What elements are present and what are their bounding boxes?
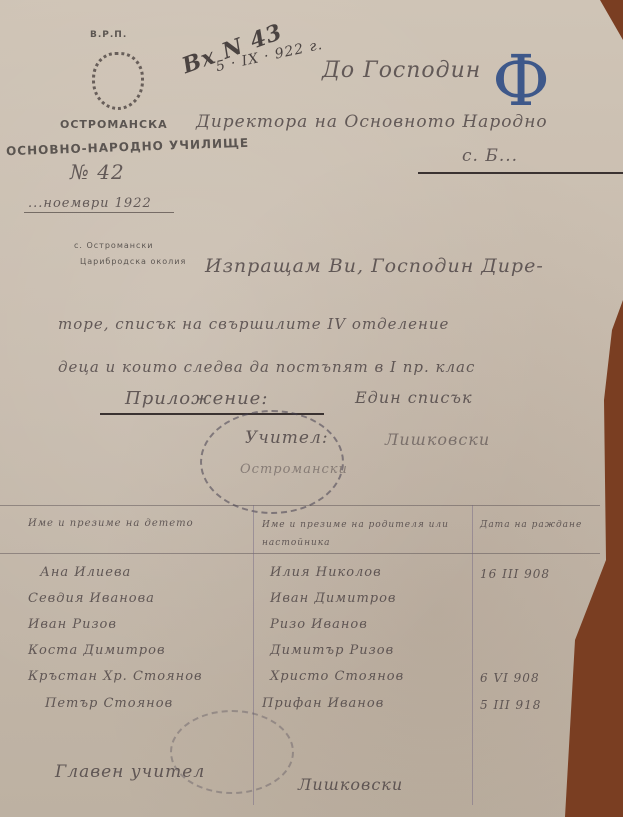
enclosure-text: Един списък (355, 388, 473, 407)
cell-parent: Илия Николов (270, 565, 382, 580)
addressee-line3: с. Б... (462, 146, 518, 166)
blue-pencil-mark: Ф (492, 40, 551, 122)
school-name-line1: ОСТРОМАНСКА (60, 118, 168, 131)
table-header-birth: Дата на раждане (480, 516, 590, 534)
top-mark: В.Р.П. (90, 30, 127, 40)
footer-signature-right: Лишковски (298, 775, 403, 794)
cell-child: Кръстан Хр. Стоянов (28, 669, 203, 684)
body-line1: Изпращам Ви, Господин Дире- (205, 255, 544, 277)
document-paper: В.Р.П. ОСТРОМАНСКА ОСНОВНО-НАРОДНО УЧИЛИ… (0, 0, 623, 817)
footer-signature-left: Главен учител (55, 762, 205, 782)
cell-parent: Ризо Иванов (270, 617, 368, 632)
enclosure-label: Приложение: (125, 388, 268, 409)
seal-text: Остромански (240, 462, 348, 477)
village-line1: с. Остромански (74, 241, 153, 250)
cell-parent: Димитър Ризов (270, 643, 394, 658)
table-header-parent: Име и презиме на родителя или настойника (262, 516, 467, 552)
signature: Лишковски (385, 430, 490, 449)
document-number: № 42 (70, 160, 125, 184)
document-date: ...ноември 1922 (28, 196, 152, 211)
table-divider-2 (472, 505, 473, 805)
table-top-line (0, 505, 600, 506)
cell-parent: Иван Димитров (270, 591, 396, 606)
addressee-underline (418, 172, 623, 174)
addressee-line1: До Господин (322, 58, 481, 83)
cell-parent: Прифан Иванов (262, 696, 384, 711)
village-line2: Царибродска околия (80, 257, 186, 266)
body-line2: торе, списък на свършилите IV отделение (58, 315, 449, 333)
school-name-line2: ОСНОВНО-НАРОДНО УЧИЛИЩЕ (6, 136, 250, 158)
cell-child: Ана Илиева (40, 565, 131, 580)
date-underline (24, 212, 174, 213)
coat-of-arms-icon (92, 52, 144, 110)
cell-birth: 5 III 918 (480, 698, 541, 712)
cell-birth: 16 III 908 (480, 567, 550, 581)
cell-child: Иван Ризов (28, 617, 117, 632)
cell-child: Коста Димитров (28, 643, 166, 658)
cell-birth: 6 VI 908 (480, 671, 540, 685)
table-header-child: Име и презиме на детето (28, 518, 248, 529)
cell-child: Севдия Иванова (28, 591, 155, 606)
table-header-line (0, 553, 600, 554)
body-line3: деца и които следва да постъпят в I пр. … (58, 358, 475, 376)
cell-child: Петър Стоянов (45, 696, 173, 711)
cell-parent: Христо Стоянов (270, 669, 404, 684)
